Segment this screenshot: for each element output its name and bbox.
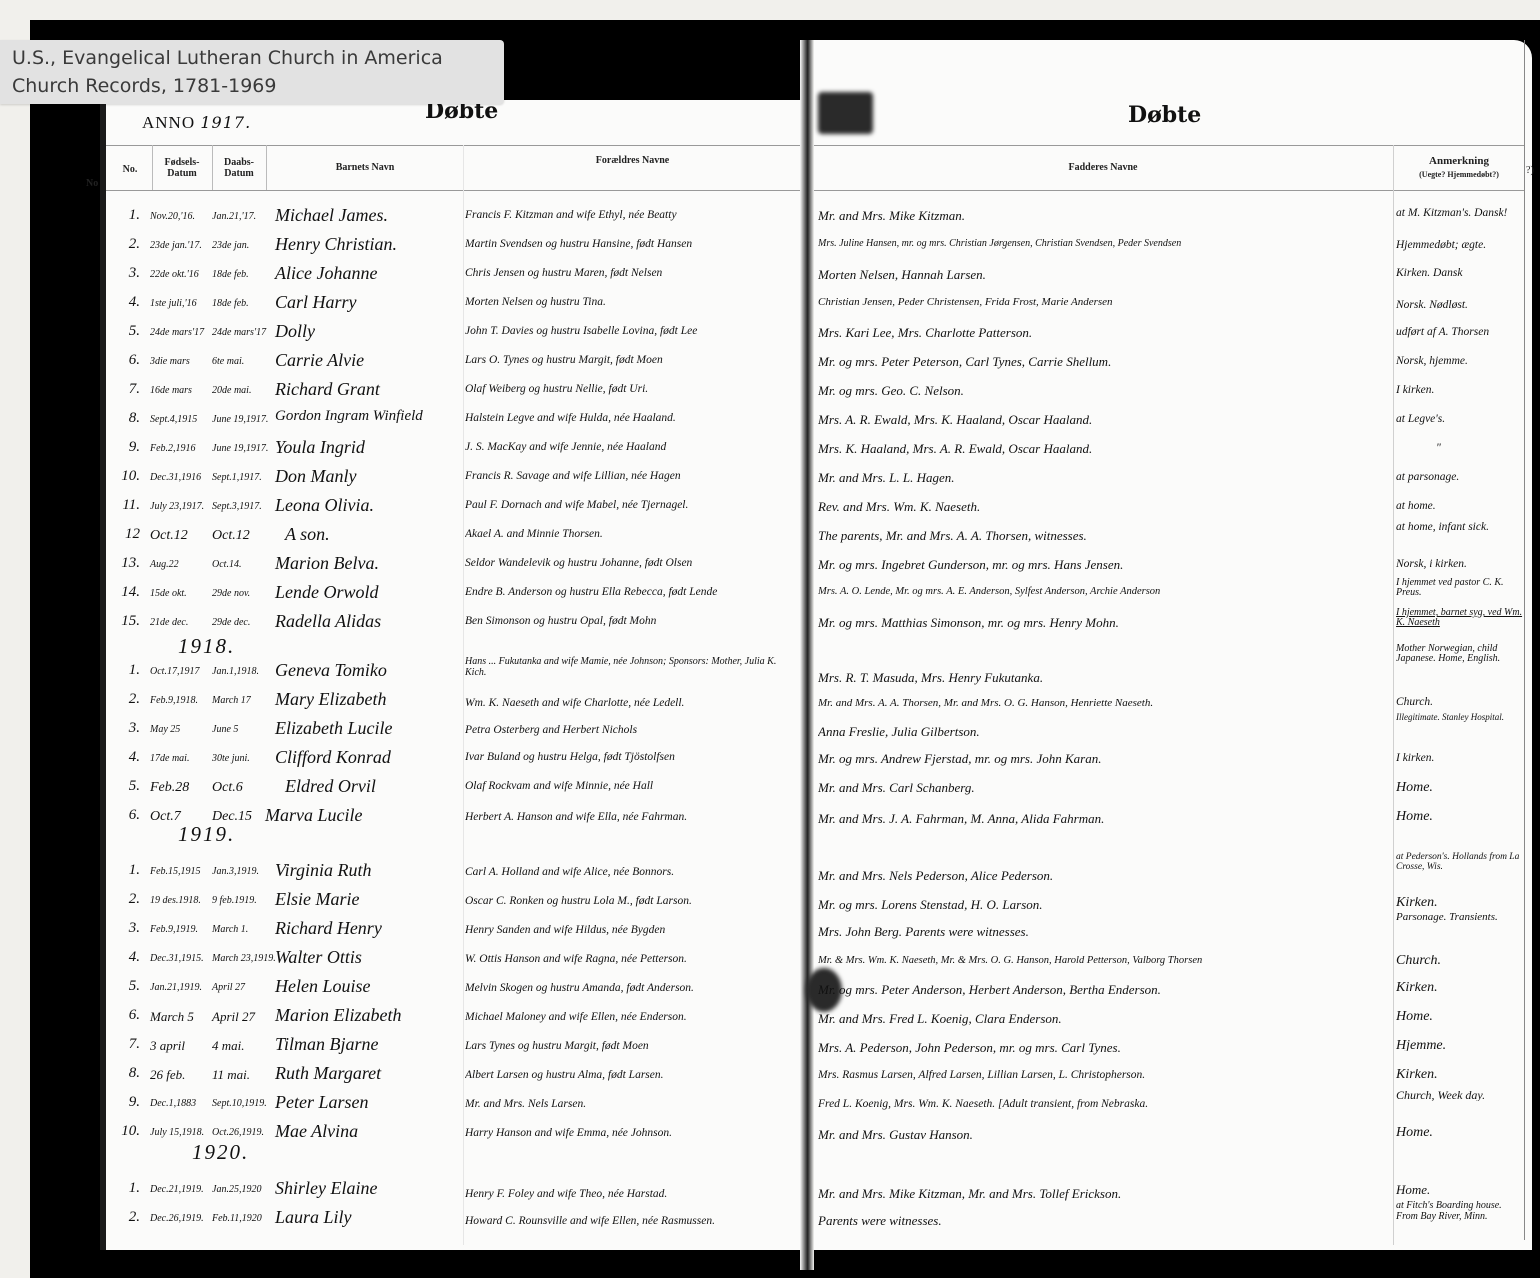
entry-number: 9. — [118, 1094, 140, 1111]
collection-title-tooltip: U.S., Evangelical Lutheran Church in Ame… — [0, 40, 504, 104]
entry-sponsors: Mr. and Mrs. J. A. Fahrman, M. Anna, Ali… — [818, 811, 1393, 827]
entry-baptism-date: Sept.10,1919. — [212, 1098, 272, 1109]
book-gutter — [800, 40, 814, 1270]
entry-sponsors: Mr. og mrs. Ingebret Gunderson, mr. og m… — [818, 557, 1393, 573]
entry-sponsors: Mr. and Mrs. Mike Kitzman, Mr. and Mrs. … — [818, 1186, 1393, 1202]
entry-parents: Michael Maloney and wife Ellen, née Ende… — [465, 1011, 795, 1023]
entry-remark: at home, infant sick. — [1396, 522, 1524, 533]
entry-baptism-date: Jan.1,1918. — [212, 666, 272, 677]
entry-remark: Norsk. Nødløst. — [1396, 300, 1524, 311]
entry-parents: Chris Jensen og hustru Maren, født Nelse… — [465, 267, 795, 279]
entry-baptism-date: Sept.1,1917. — [212, 472, 272, 483]
entry-sponsors: Mr. og mrs. Geo. C. Nelson. — [818, 383, 1393, 399]
entry-remark: Church. — [1396, 697, 1524, 708]
entry-birth-date: Dec.26,1919. — [150, 1213, 210, 1224]
entry-child-name: Henry Christian. — [275, 234, 397, 255]
entry-number: 3. — [118, 265, 140, 282]
entry-child-name: Peter Larsen — [275, 1092, 369, 1113]
entry-sponsors: Mr. and Mrs. Gustav Hanson. — [818, 1127, 1393, 1143]
entry-parents: Lars Tynes og hustru Margit, født Moen — [465, 1040, 795, 1052]
header-rule — [106, 190, 800, 191]
entry-baptism-date: 23de jan. — [212, 240, 272, 251]
entry-baptism-date: 24de mars'17 — [212, 327, 272, 338]
entry-sponsors: Mr. and Mrs. Fred L. Koenig, Clara Ender… — [818, 1011, 1393, 1027]
entry-child-name: Shirley Elaine — [275, 1178, 377, 1199]
entry-birth-date: 26 feb. — [150, 1067, 210, 1083]
entry-baptism-date: 9 feb.1919. — [212, 895, 272, 906]
column-header-sponsors: Fadderes Navne — [814, 162, 1392, 173]
entry-child-name: Mary Elizabeth — [275, 689, 386, 710]
entry-child-name: Elsie Marie — [275, 889, 359, 910]
entry-baptism-date: 20de mai. — [212, 385, 272, 396]
entry-sponsors: Mr. og mrs. Andrew Fjerstad, mr. og mrs.… — [818, 751, 1393, 767]
entry-sponsors: Christian Jensen, Peder Christensen, Fri… — [818, 296, 1393, 308]
entry-child-name: Elizabeth Lucile — [275, 718, 392, 739]
entry-baptism-date: April 27 — [212, 982, 272, 993]
entry-child-name: A son. — [285, 524, 330, 545]
entry-remark: I kirken. — [1396, 753, 1524, 764]
entry-child-name: Alice Johanne — [275, 263, 377, 284]
entry-baptism-date: Sept.3,1917. — [212, 501, 272, 512]
entry-parents: Mr. and Mrs. Nels Larsen. — [465, 1098, 795, 1110]
entry-number: 1. — [118, 862, 140, 879]
entry-birth-date: Jan.21,1919. — [150, 982, 210, 993]
entry-number: 5. — [118, 978, 140, 995]
entry-remark: Church, Week day. — [1396, 1090, 1524, 1101]
entry-sponsors: Mrs. Rasmus Larsen, Alfred Larsen, Lilli… — [818, 1069, 1393, 1081]
entry-birth-date: Feb.15,1915 — [150, 866, 210, 877]
entry-sponsors: Mrs. R. T. Masuda, Mrs. Henry Fukutanka. — [818, 670, 1393, 686]
entry-parents: Melvin Skogen og hustru Amanda, født And… — [465, 982, 795, 994]
entry-baptism-date: April 27 — [212, 1009, 272, 1025]
page-edge — [1524, 40, 1525, 1240]
entry-number: 2. — [118, 691, 140, 708]
entry-birth-date: July 23,1917. — [150, 501, 210, 512]
entry-remark: Home. — [1396, 1127, 1524, 1138]
entry-baptism-date: Oct.12 — [212, 528, 272, 544]
entry-parents: Halstein Legve and wife Hulda, née Haala… — [465, 412, 795, 424]
entry-child-name: Don Manly — [275, 466, 356, 487]
entry-sponsors: Mr. and Mrs. Mike Kitzman. — [818, 208, 1393, 224]
entry-parents: Lars O. Tynes og hustru Margit, født Moe… — [465, 354, 795, 366]
entry-child-name: Carl Harry — [275, 292, 357, 313]
entry-remark: Kirken. Dansk — [1396, 268, 1524, 279]
entry-remark: at parsonage. — [1396, 472, 1524, 483]
entry-number: 4. — [118, 294, 140, 311]
year-heading-1918: 1918. — [178, 634, 235, 659]
entry-baptism-date: Jan.25,1920 — [212, 1184, 272, 1195]
entry-parents: Albert Larsen og hustru Alma, født Larse… — [465, 1069, 795, 1081]
entry-baptism-date: March 1. — [212, 924, 272, 935]
anno-year: 1917. — [200, 113, 251, 132]
entry-number: 1. — [118, 662, 140, 679]
entry-child-name: Ruth Margaret — [275, 1063, 381, 1084]
entry-number: 3. — [118, 920, 140, 937]
column-divider — [152, 145, 153, 190]
entry-birth-date: Feb.2,1916 — [150, 443, 210, 454]
entry-parents: Endre B. Anderson og hustru Ella Rebecca… — [465, 586, 795, 598]
entry-child-name: Lende Orwold — [275, 582, 379, 603]
entry-child-name: Marva Lucile — [265, 805, 362, 826]
entry-birth-date: 16de mars — [150, 385, 210, 396]
entry-baptism-date: 18de feb. — [212, 298, 272, 309]
entry-birth-date: 19 des.1918. — [150, 895, 210, 906]
entry-birth-date: Feb.9,1919. — [150, 924, 210, 935]
entry-baptism-date: 11 mai. — [212, 1067, 272, 1083]
entry-child-name: Eldred Orvil — [285, 776, 376, 797]
entry-remark: at Fitch's Boarding house. From Bay Rive… — [1396, 1200, 1524, 1222]
entry-baptism-date: Oct.6 — [212, 780, 272, 796]
column-header-remarks-sub: (Uegte? Hjemmedøbt?) — [1396, 169, 1522, 180]
margin-fragment-right: ?) — [1526, 165, 1534, 176]
entry-parents: Henry F. Foley and wife Theo, née Harsta… — [465, 1188, 795, 1200]
entry-child-name: Virginia Ruth — [275, 860, 372, 881]
entry-parents: Francis F. Kitzman and wife Ethyl, née B… — [465, 209, 795, 221]
entry-number: 13. — [118, 555, 140, 572]
entry-number: 7. — [118, 1036, 140, 1053]
entry-sponsors: Mrs. A. O. Lende, Mr. og mrs. A. E. Ande… — [818, 586, 1393, 597]
entry-birth-date: Aug.22 — [150, 559, 210, 570]
entry-baptism-date: 4 mai. — [212, 1038, 272, 1054]
entry-birth-date: 21de dec. — [150, 617, 210, 628]
entry-remark: Illegitimate. Stanley Hospital. — [1396, 712, 1524, 722]
entry-number: 12 — [118, 526, 140, 543]
entry-baptism-date: March 17 — [212, 695, 272, 706]
entry-sponsors: Mr. and Mrs. Carl Schanberg. — [818, 780, 1393, 796]
entry-number: 5. — [118, 778, 140, 795]
entry-child-name: Richard Grant — [275, 379, 380, 400]
entry-sponsors: Morten Nelsen, Hannah Larsen. — [818, 267, 1393, 283]
year-heading-1919: 1919. — [178, 822, 235, 847]
entry-birth-date: 17de mai. — [150, 753, 210, 764]
entry-number: 6. — [118, 807, 140, 824]
entry-parents: Francis R. Savage and wife Lillian, née … — [465, 470, 795, 482]
entry-birth-date: 24de mars'17 — [150, 327, 210, 338]
entry-child-name: Leona Olivia. — [275, 495, 374, 516]
entry-number: 4. — [118, 949, 140, 966]
entry-sponsors: Mrs. John Berg. Parents were witnesses. — [818, 924, 1393, 940]
column-header-remarks: Anmerkning — [1396, 156, 1522, 167]
entry-remark: at Pederson's. Hollands from La Crosse, … — [1396, 852, 1524, 872]
entry-child-name: Richard Henry — [275, 918, 382, 939]
entry-parents: Ben Simonson og hustru Opal, født Mohn — [465, 615, 795, 627]
entry-parents: Morten Nelsen og hustru Tina. — [465, 296, 795, 308]
entry-sponsors: The parents, Mr. and Mrs. A. A. Thorsen,… — [818, 528, 1393, 544]
entry-child-name: Mae Alvina — [275, 1121, 358, 1142]
entry-sponsors: Parents were witnesses. — [818, 1213, 1393, 1229]
year-heading-1920: 1920. — [192, 1140, 249, 1165]
entry-remark: udført af A. Thorsen — [1396, 327, 1524, 338]
entry-remark: Parsonage. Transients. — [1396, 912, 1524, 923]
entry-remark: Church. — [1396, 955, 1524, 966]
entry-number: 2. — [118, 891, 140, 908]
entry-parents: Seldor Wandelevik og hustru Johanne, fød… — [465, 557, 795, 569]
entry-parents: Ivar Buland og hustru Helga, født Tjösto… — [465, 751, 795, 763]
entry-parents: Akael A. and Minnie Thorsen. — [465, 528, 795, 540]
entry-number: 1. — [118, 207, 140, 224]
entry-sponsors: Mrs. K. Haaland, Mrs. A. R. Ewald, Oscar… — [818, 441, 1393, 457]
entry-child-name: Clifford Konrad — [275, 747, 391, 768]
entry-sponsors: Rev. and Mrs. Wm. K. Naeseth. — [818, 499, 1393, 515]
entry-number: 7. — [118, 381, 140, 398]
entry-remark: Kirken. — [1396, 1069, 1524, 1080]
entry-child-name: Tilman Bjarne — [275, 1034, 379, 1055]
entry-remark: Home. — [1396, 782, 1524, 793]
entry-birth-date: Oct.17,1917 — [150, 666, 210, 677]
entry-child-name: Helen Louise — [275, 976, 370, 997]
entry-child-name: Carrie Alvie — [275, 350, 364, 371]
entry-birth-date: July 15,1918. — [150, 1127, 210, 1138]
entry-remark: at Legve's. — [1396, 414, 1524, 425]
entry-child-name: Youla Ingrid — [275, 437, 365, 458]
entry-remark: I kirken. — [1396, 385, 1524, 396]
entry-parents: Herbert A. Hanson and wife Ella, née Fah… — [465, 811, 795, 823]
entry-parents: Howard C. Rounsville and wife Ellen, née… — [465, 1212, 795, 1230]
header-rule — [814, 145, 1524, 146]
entry-number: 14. — [118, 584, 140, 601]
entry-remark: Hjemmedøbt; ægte. — [1396, 240, 1524, 251]
entry-birth-date: Feb.28 — [150, 780, 210, 796]
entry-child-name: Geneva Tomiko — [275, 660, 387, 681]
entry-parents: Wm. K. Naeseth and wife Charlotte, née L… — [465, 697, 795, 709]
entry-number: 6. — [118, 352, 140, 369]
entry-baptism-date: Feb.11,1920 — [212, 1213, 272, 1224]
entry-sponsors: Mr. & Mrs. Wm. K. Naeseth, Mr. & Mrs. O.… — [818, 955, 1393, 966]
entry-birth-date: May 25 — [150, 724, 210, 735]
entry-birth-date: 23de jan.'17. — [150, 240, 210, 251]
entry-parents: Harry Hanson and wife Emma, née Johnson. — [465, 1127, 795, 1139]
entry-parents: Olaf Weiberg og hustru Nellie, født Uri. — [465, 383, 795, 395]
entry-number: 4. — [118, 749, 140, 766]
entry-sponsors: Anna Freslie, Julia Gilbertson. — [818, 724, 1393, 740]
entry-birth-date: Feb.9,1918. — [150, 695, 210, 706]
entry-number: 2. — [118, 1209, 140, 1226]
entry-remark: Norsk, i kirken. — [1396, 559, 1524, 570]
entry-sponsors: Mrs. A. Pederson, John Pederson, mr. og … — [818, 1040, 1393, 1056]
entry-parents: Oscar C. Ronken og hustru Lola M., født … — [465, 895, 795, 907]
entry-birth-date: 3 april — [150, 1038, 210, 1054]
entry-sponsors: Mr. and Mrs. A. A. Thorsen, Mr. and Mrs.… — [818, 697, 1393, 709]
anno-label: ANNO — [142, 113, 195, 132]
column-header-no: No. — [112, 164, 148, 175]
entry-baptism-date: March 23,1919. — [212, 953, 272, 964]
right-page-title: Døbte — [1128, 102, 1201, 128]
entry-parents: Hans ... Fukutanka and wife Mamie, née J… — [465, 656, 795, 678]
entry-sponsors: Mr. og mrs. Peter Peterson, Carl Tynes, … — [818, 354, 1393, 370]
entry-parents: J. S. MacKay and wife Jennie, née Haalan… — [465, 441, 795, 453]
entry-number: 6. — [118, 1007, 140, 1024]
entry-baptism-date: Oct.26,1919. — [212, 1127, 272, 1138]
entry-birth-date: 1ste juli,'16 — [150, 298, 210, 309]
entry-birth-date: Sept.4,1915 — [150, 414, 210, 425]
entry-birth-date: 22de okt.'16 — [150, 269, 210, 280]
entry-child-name: Gordon Ingram Winfield — [275, 408, 423, 425]
entry-remark: at M. Kitzman's. Dansk! — [1396, 208, 1524, 219]
entry-remark: I hjemmet, barnet syg, ved Wm. K. Naeset… — [1396, 608, 1524, 628]
entry-number: 5. — [118, 323, 140, 340]
entry-birth-date: 3die mars — [150, 356, 210, 367]
entry-parents: Olaf Rockvam and wife Minnie, née Hall — [465, 780, 795, 792]
entry-remark: Home. — [1396, 811, 1524, 822]
entry-number: 9. — [118, 439, 140, 456]
entry-remark: Norsk, hjemme. — [1396, 356, 1524, 367]
entry-sponsors: Mr. and Mrs. Nels Pederson, Alice Peders… — [818, 868, 1393, 884]
entry-remark: " — [1396, 443, 1540, 454]
entry-remark: Hjemme. — [1396, 1040, 1524, 1051]
entry-birth-date: 15de okt. — [150, 588, 210, 599]
header-rule — [814, 190, 1524, 191]
entry-parents: Carl A. Holland and wife Alice, née Bonn… — [465, 866, 795, 878]
entry-baptism-date: 29de nov. — [212, 588, 272, 599]
header-rule — [106, 145, 800, 146]
column-header-child-name: Barnets Navn — [268, 162, 462, 173]
collection-title-line2: Church Records, 1781-1969 — [12, 72, 504, 100]
column-divider — [463, 145, 464, 1245]
entry-remark: Kirken. — [1396, 982, 1524, 993]
entry-child-name: Marion Belva. — [275, 553, 379, 574]
column-header-parents: Forældres Navne — [465, 155, 800, 166]
entry-sponsors: Mr. og mrs. Peter Anderson, Herbert Ande… — [818, 982, 1393, 998]
entry-baptism-date: Oct.14. — [212, 559, 272, 570]
collection-title-line1: U.S., Evangelical Lutheran Church in Ame… — [12, 44, 504, 72]
entry-parents: Petra Osterberg and Herbert Nichols — [465, 724, 795, 736]
entry-birth-date: Dec.31,1915. — [150, 953, 210, 964]
entry-baptism-date: 18de feb. — [212, 269, 272, 280]
ink-smudge — [818, 92, 873, 134]
entry-number: 15. — [118, 613, 140, 630]
entry-baptism-date: Jan.3,1919. — [212, 866, 272, 877]
entry-remark: Kirken. — [1396, 897, 1524, 908]
entry-birth-date: Dec.21,1919. — [150, 1184, 210, 1195]
entry-parents: Henry Sanden and wife Hildus, née Bygden — [465, 924, 795, 936]
entry-child-name: Michael James. — [275, 205, 388, 226]
entry-baptism-date: June 19,1917. — [212, 443, 272, 454]
entry-remark: Home. — [1396, 1011, 1524, 1022]
entry-baptism-date: 6te mai. — [212, 356, 272, 367]
entry-remark: I hjemmet ved pastor C. K. Preus. — [1396, 578, 1524, 598]
entry-baptism-date: June 5 — [212, 724, 272, 735]
entry-number: 1. — [118, 1180, 140, 1197]
entry-birth-date: Dec.1,1883 — [150, 1098, 210, 1109]
entry-number: 11. — [118, 497, 140, 514]
column-divider — [1393, 145, 1394, 1245]
entry-number: 2. — [118, 236, 140, 253]
entry-birth-date: Oct.12 — [150, 528, 210, 544]
entry-child-name: Dolly — [275, 321, 315, 342]
entry-sponsors: Mr. and Mrs. L. L. Hagen. — [818, 470, 1393, 486]
entry-baptism-date: 30te juni. — [212, 753, 272, 764]
entry-parents: W. Ottis Hanson and wife Ragna, née Pett… — [465, 953, 795, 965]
entry-sponsors: Mr. og mrs. Matthias Simonson, mr. og mr… — [818, 615, 1393, 631]
margin-fragment-left: No — [86, 178, 98, 189]
entry-remark: at home. — [1396, 501, 1524, 512]
column-header-baptism-date: Daabs- Datum — [213, 157, 265, 179]
entry-child-name: Laura Lily — [275, 1207, 352, 1228]
entry-number: 3. — [118, 720, 140, 737]
entry-number: 8. — [118, 410, 140, 427]
entry-sponsors: Mrs. Kari Lee, Mrs. Charlotte Patterson. — [818, 325, 1393, 341]
entry-baptism-date: June 19,1917. — [212, 414, 272, 425]
entry-number: 8. — [118, 1065, 140, 1082]
entry-number: 10. — [118, 1123, 140, 1140]
entry-parents: Paul F. Dornach and wife Mabel, née Tjer… — [465, 499, 795, 511]
column-divider — [266, 145, 267, 190]
entry-parents: John T. Davies og hustru Isabelle Lovina… — [465, 325, 795, 337]
entry-sponsors: Mrs. Juline Hansen, mr. og mrs. Christia… — [818, 238, 1393, 249]
entry-baptism-date: 29de dec. — [212, 617, 272, 628]
anno-year-label: ANNO 1917. — [142, 113, 251, 133]
entry-birth-date: Nov.20,'16. — [150, 211, 210, 222]
entry-sponsors: Fred L. Koenig, Mrs. Wm. K. Naeseth. [Ad… — [818, 1098, 1393, 1110]
entry-child-name: Marion Elizabeth — [275, 1005, 402, 1026]
entry-child-name: Walter Ottis — [275, 947, 362, 968]
entry-remark: Home. — [1396, 1184, 1524, 1195]
entry-parents: Martin Svendsen og hustru Hansine, født … — [465, 238, 795, 250]
entry-child-name: Radella Alidas — [275, 611, 381, 632]
entry-sponsors: Mrs. A. R. Ewald, Mrs. K. Haaland, Oscar… — [818, 412, 1393, 428]
entry-sponsors: Mr. og mrs. Lorens Stenstad, H. O. Larso… — [818, 897, 1393, 913]
entry-baptism-date: Jan.21,'17. — [212, 211, 272, 222]
entry-number: 10. — [118, 468, 140, 485]
entry-remark: Mother Norwegian, child Japanese. Home, … — [1396, 644, 1524, 664]
entry-birth-date: Dec.31,1916 — [150, 472, 210, 483]
entry-birth-date: March 5 — [150, 1009, 210, 1025]
column-header-birth-date: Fødsels- Datum — [154, 157, 210, 179]
